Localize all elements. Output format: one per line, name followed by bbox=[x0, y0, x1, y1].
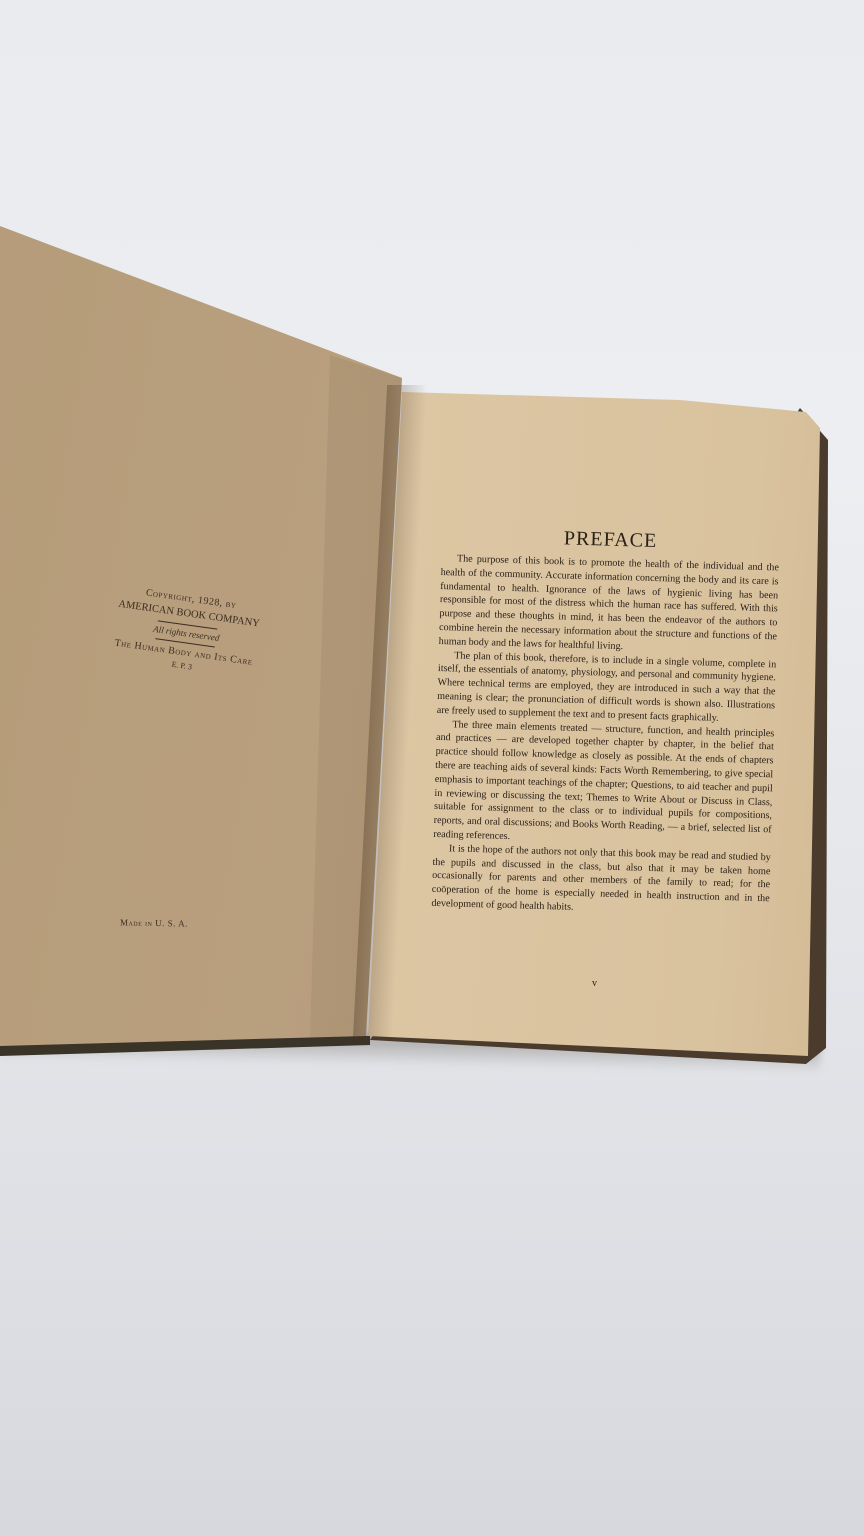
preface-paragraph: It is the hope of the authors not only t… bbox=[431, 842, 771, 920]
page-number: v bbox=[592, 978, 597, 989]
preface-block: PREFACE The purpose of this book is to p… bbox=[431, 524, 780, 920]
preface-paragraph: The purpose of this book is to promote t… bbox=[439, 552, 780, 658]
preface-paragraph: The three main elements treated — struct… bbox=[433, 717, 774, 851]
origin-line: Made in U. S. A. bbox=[120, 917, 188, 928]
preface-paragraph: The plan of this book, therefore, is to … bbox=[437, 649, 777, 727]
photo-scene: Copyright, 1928, by AMERICAN BOOK COMPAN… bbox=[0, 0, 864, 1536]
